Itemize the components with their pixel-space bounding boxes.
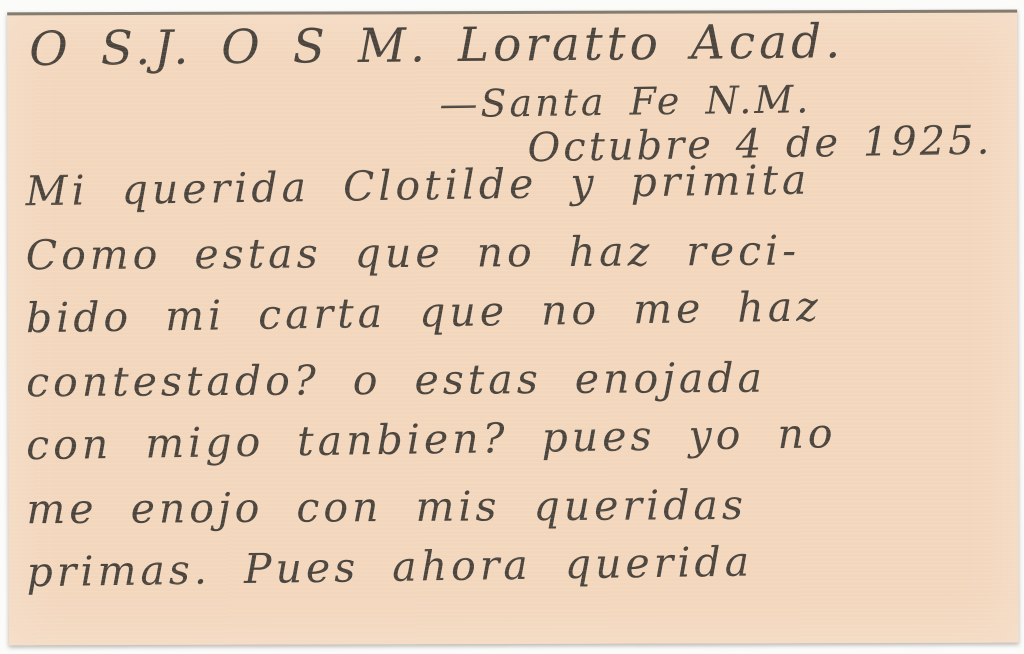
handwriting-line: con migo tanbien? pues yo no: [26, 407, 1011, 485]
handwriting-line: Mi querida Clotilde y primita: [25, 153, 1010, 231]
handwriting-line: primas. Pues ahora querida: [26, 534, 1011, 612]
place-line: —Santa Fe N.M.: [439, 77, 811, 126]
handwriting-line: bido mi carta que no me haz: [26, 280, 1011, 358]
letter-body: Mi querida Clotilde y primita Como estas…: [26, 165, 1011, 612]
letterhead-line: O S.J. O S M. Loratto Acad.: [29, 14, 844, 77]
postcard: O S.J. O S M. Loratto Acad. —Santa Fe N.…: [7, 10, 1019, 646]
